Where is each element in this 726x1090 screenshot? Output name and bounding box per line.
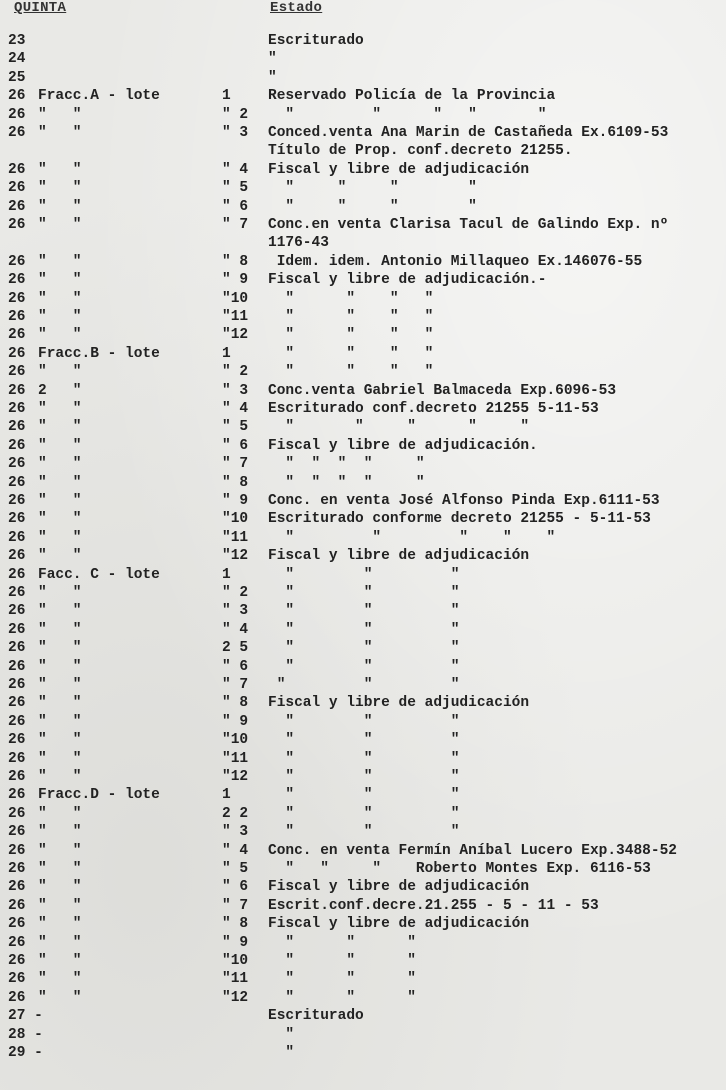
row-estado: " " ": [268, 934, 416, 952]
row-number: 26: [8, 418, 25, 436]
row-lote: "11: [222, 529, 248, 547]
table-row: 26" "" 6Fiscal y libre de adjudicación: [0, 878, 726, 896]
row-estado: Escriturado: [268, 32, 364, 50]
row-number: 23: [8, 32, 25, 50]
row-lote: " 9: [222, 713, 248, 731]
row-number: 26: [8, 547, 25, 565]
table-row: 26" "" 8 " " " " ": [0, 474, 726, 492]
row-lote: " 6: [222, 658, 248, 676]
table-row: 26" "2 2 " " ": [0, 805, 726, 823]
row-lote: " 6: [222, 437, 248, 455]
row-number: 26: [8, 676, 25, 694]
table-row: 26" "" 7Conc.en venta Clarisa Tacul de G…: [0, 216, 726, 234]
row-lote: " 7: [222, 897, 248, 915]
row-fraccion: Fracc.B - lote: [38, 345, 160, 363]
row-fraccion: " ": [38, 805, 82, 823]
row-fraccion: " ": [38, 179, 82, 197]
table-row: 26Facc. C - lote1 " " ": [0, 566, 726, 584]
row-fraccion: " ": [38, 842, 82, 860]
row-fraccion: " ": [38, 547, 82, 565]
row-number: 26: [8, 584, 25, 602]
row-lote: " 3: [222, 124, 248, 142]
table-row: 26" "" 2 " " " " ": [0, 106, 726, 124]
row-number: 26: [8, 253, 25, 271]
row-fraccion: " ": [38, 308, 82, 326]
row-number: 26: [8, 713, 25, 731]
row-estado: " " ": [268, 970, 416, 988]
table-row: Título de Prop. conf.decreto 21255.: [0, 142, 726, 160]
table-row: 26" "" 7 " " ": [0, 676, 726, 694]
row-fraccion: " ": [38, 713, 82, 731]
row-number: 26: [8, 694, 25, 712]
row-estado: Escriturado conforme decreto 21255 - 5-1…: [268, 510, 651, 528]
row-lote: 1: [222, 566, 231, 584]
row-estado: " " ": [268, 602, 459, 620]
row-fraccion: " ": [38, 124, 82, 142]
row-estado: Fiscal y libre de adjudicación: [268, 694, 529, 712]
table-row: 26" "" 5 " " " ": [0, 179, 726, 197]
row-estado: Conced.venta Ana Marin de Castañeda Ex.6…: [268, 124, 668, 142]
row-number: 26: [8, 308, 25, 326]
row-estado: Fiscal y libre de adjudicación: [268, 915, 529, 933]
table-row: 26" "" 4Conc. en venta Fermín Aníbal Luc…: [0, 842, 726, 860]
table-row: 26" ""10Escriturado conforme decreto 212…: [0, 510, 726, 528]
table-row: 26" ""11 " " ": [0, 750, 726, 768]
row-number: 26: [8, 161, 25, 179]
row-fraccion: " ": [38, 198, 82, 216]
table-row: 26" "" 2 " " ": [0, 584, 726, 602]
row-number: 27 -: [8, 1007, 43, 1025]
row-number: 26: [8, 474, 25, 492]
row-lote: " 7: [222, 676, 248, 694]
row-estado: Escriturado: [268, 1007, 364, 1025]
row-estado: " " ": [268, 805, 459, 823]
row-fraccion: " ": [38, 658, 82, 676]
table-row: 26" "" 6Fiscal y libre de adjudicación.: [0, 437, 726, 455]
row-number: 26: [8, 382, 25, 400]
table-row: 26" "" 4Fiscal y libre de adjudicación: [0, 161, 726, 179]
table-row: 26" ""10 " " ": [0, 731, 726, 749]
row-fraccion: 2 ": [38, 382, 82, 400]
table-row: 26" "" 5 " " " Roberto Montes Exp. 6116-…: [0, 860, 726, 878]
row-lote: 2 5: [222, 639, 248, 657]
table-row: 26" ""12 " " ": [0, 989, 726, 1007]
row-number: 26: [8, 897, 25, 915]
row-number: 26: [8, 989, 25, 1007]
row-fraccion: Fracc.A - lote: [38, 87, 160, 105]
row-lote: " 7: [222, 455, 248, 473]
row-number: 26: [8, 290, 25, 308]
table-row: 24": [0, 50, 726, 68]
row-lote: "12: [222, 547, 248, 565]
table-row: 29 - ": [0, 1044, 726, 1062]
row-fraccion: " ": [38, 216, 82, 234]
row-estado: " " ": [268, 823, 459, 841]
row-number: 28 -: [8, 1026, 43, 1044]
row-lote: "11: [222, 970, 248, 988]
table-row: 26" "" 4Escriturado conf.decreto 21255 5…: [0, 400, 726, 418]
row-estado: Escriturado conf.decreto 21255 5-11-53: [268, 400, 599, 418]
column-header-estado: Estado: [270, 0, 322, 16]
row-number: 26: [8, 326, 25, 344]
row-estado: " " ": [268, 584, 459, 602]
row-estado: " " " " ": [268, 455, 425, 473]
table-row: 26" "" 5 " " " " ": [0, 418, 726, 436]
row-estado: " " " ": [268, 179, 477, 197]
row-fraccion: " ": [38, 768, 82, 786]
row-fraccion: " ": [38, 492, 82, 510]
row-fraccion: " ": [38, 731, 82, 749]
row-estado: " " " ": [268, 198, 477, 216]
row-fraccion: " ": [38, 915, 82, 933]
row-estado: " " ": [268, 768, 459, 786]
row-fraccion: " ": [38, 694, 82, 712]
row-lote: " 8: [222, 694, 248, 712]
row-number: 26: [8, 768, 25, 786]
row-lote: " 2: [222, 584, 248, 602]
row-number: 26: [8, 345, 25, 363]
table-row: 26" "" 2 " " " ": [0, 363, 726, 381]
row-lote: " 4: [222, 400, 248, 418]
row-estado: " " ": [268, 621, 459, 639]
row-lote: " 6: [222, 198, 248, 216]
row-fraccion: Facc. C - lote: [38, 566, 160, 584]
row-fraccion: " ": [38, 529, 82, 547]
row-estado: " " ": [268, 639, 459, 657]
row-fraccion: " ": [38, 474, 82, 492]
row-lote: " 2: [222, 106, 248, 124]
table-row: 26" "" 4 " " ": [0, 621, 726, 639]
row-fraccion: " ": [38, 676, 82, 694]
row-number: 26: [8, 658, 25, 676]
table-row: 26" "" 9Fiscal y libre de adjudicación.-: [0, 271, 726, 289]
table-row: 25": [0, 69, 726, 87]
column-header-quinta: QUINTA: [14, 0, 66, 16]
row-estado: " " ": [268, 676, 459, 694]
row-lote: "11: [222, 308, 248, 326]
row-estado: " " ": [268, 658, 459, 676]
table-row: 27 -Escriturado: [0, 1007, 726, 1025]
row-lote: " 4: [222, 842, 248, 860]
row-lote: " 8: [222, 474, 248, 492]
row-estado: Idem. idem. Antonio Millaqueo Ex.146076-…: [268, 253, 642, 271]
row-number: 24: [8, 50, 25, 68]
row-number: 26: [8, 860, 25, 878]
row-lote: " 9: [222, 934, 248, 952]
row-number: 29 -: [8, 1044, 43, 1062]
row-number: 26: [8, 179, 25, 197]
row-lote: "12: [222, 989, 248, 1007]
row-number: 25: [8, 69, 25, 87]
row-fraccion: " ": [38, 271, 82, 289]
table-row: 26" "" 8Fiscal y libre de adjudicación: [0, 915, 726, 933]
row-estado: " " ": [268, 750, 459, 768]
table-row: 26" "" 6 " " ": [0, 658, 726, 676]
row-lote: " 5: [222, 418, 248, 436]
row-estado: " " " " ": [268, 474, 425, 492]
table-row: 23Escriturado: [0, 32, 726, 50]
row-lote: " 2: [222, 363, 248, 381]
row-number: 26: [8, 970, 25, 988]
row-fraccion: " ": [38, 639, 82, 657]
row-fraccion: " ": [38, 897, 82, 915]
row-fraccion: Fracc.D - lote: [38, 786, 160, 804]
row-lote: 2 2: [222, 805, 248, 823]
row-number: 26: [8, 492, 25, 510]
table-row: 26" "" 9Conc. en venta José Alfonso Pind…: [0, 492, 726, 510]
row-number: 26: [8, 216, 25, 234]
row-number: 26: [8, 271, 25, 289]
table-row: 1176-43: [0, 234, 726, 252]
row-number: 26: [8, 750, 25, 768]
row-estado: " " " " ": [268, 106, 546, 124]
row-estado: " " " " ": [268, 529, 555, 547]
row-number: 26: [8, 529, 25, 547]
table-row: 26" "" 8Fiscal y libre de adjudicación: [0, 694, 726, 712]
table-row: 26" "" 8 Idem. idem. Antonio Millaqueo E…: [0, 253, 726, 271]
table-row: 26" "" 7 " " " " ": [0, 455, 726, 473]
row-estado: Fiscal y libre de adjudicación.-: [268, 271, 546, 289]
table-row: 26" ""11 " " " ": [0, 308, 726, 326]
row-number: 26: [8, 786, 25, 804]
row-fraccion: " ": [38, 437, 82, 455]
row-estado: " " ": [268, 952, 416, 970]
row-estado: Fiscal y libre de adjudicación: [268, 161, 529, 179]
row-estado: Escrit.conf.decre.21.255 - 5 - 11 - 53: [268, 897, 599, 915]
row-estado: 1176-43: [268, 234, 329, 252]
table-row: 26" ""11 " " ": [0, 970, 726, 988]
table-row: 26" "" 3 " " ": [0, 823, 726, 841]
row-fraccion: " ": [38, 400, 82, 418]
row-estado: Título de Prop. conf.decreto 21255.: [268, 142, 573, 160]
row-fraccion: " ": [38, 970, 82, 988]
row-lote: " 8: [222, 253, 248, 271]
row-estado: Conc. en venta Fermín Aníbal Lucero Exp.…: [268, 842, 677, 860]
row-estado: Reservado Policía de la Provincia: [268, 87, 555, 105]
row-lote: " 8: [222, 915, 248, 933]
row-number: 26: [8, 87, 25, 105]
row-lote: " 6: [222, 878, 248, 896]
row-estado: Fiscal y libre de adjudicación: [268, 878, 529, 896]
row-estado: " " " ": [268, 308, 433, 326]
row-number: 26: [8, 915, 25, 933]
row-estado: " " " ": [268, 345, 433, 363]
row-fraccion: " ": [38, 621, 82, 639]
table-row: 26" ""12Fiscal y libre de adjudicación: [0, 547, 726, 565]
row-fraccion: " ": [38, 860, 82, 878]
row-lote: " 9: [222, 271, 248, 289]
row-lote: " 5: [222, 179, 248, 197]
row-fraccion: " ": [38, 952, 82, 970]
row-estado: ": [268, 69, 277, 87]
row-number: 26: [8, 823, 25, 841]
row-estado: Fiscal y libre de adjudicación.: [268, 437, 538, 455]
row-number: 26: [8, 437, 25, 455]
row-estado: " " ": [268, 713, 459, 731]
row-number: 26: [8, 400, 25, 418]
row-lote: " 4: [222, 161, 248, 179]
row-lote: "10: [222, 731, 248, 749]
table-row: 26" ""10 " " " ": [0, 290, 726, 308]
row-fraccion: " ": [38, 878, 82, 896]
row-estado: ": [268, 1026, 294, 1044]
row-fraccion: " ": [38, 989, 82, 1007]
row-fraccion: " ": [38, 161, 82, 179]
row-lote: 1: [222, 345, 231, 363]
row-number: 26: [8, 510, 25, 528]
row-estado: " " ": [268, 731, 459, 749]
row-lote: 1: [222, 87, 231, 105]
row-number: 26: [8, 106, 25, 124]
row-number: 26: [8, 878, 25, 896]
row-fraccion: " ": [38, 750, 82, 768]
row-lote: "10: [222, 290, 248, 308]
table-row: 26" ""10 " " ": [0, 952, 726, 970]
row-lote: "10: [222, 952, 248, 970]
row-fraccion: " ": [38, 290, 82, 308]
row-lote: " 4: [222, 621, 248, 639]
table-row: 26" "" 9 " " ": [0, 934, 726, 952]
row-estado: " " " ": [268, 326, 433, 344]
row-estado: ": [268, 50, 277, 68]
row-estado: ": [268, 1044, 294, 1062]
row-number: 26: [8, 952, 25, 970]
row-number: 26: [8, 602, 25, 620]
table-row: 26" "" 9 " " ": [0, 713, 726, 731]
row-estado: Conc. en venta José Alfonso Pinda Exp.61…: [268, 492, 660, 510]
table-row: 26" ""11 " " " " ": [0, 529, 726, 547]
row-number: 26: [8, 805, 25, 823]
row-estado: Conc.en venta Clarisa Tacul de Galindo E…: [268, 216, 668, 234]
table-row: 26" ""12 " " " ": [0, 326, 726, 344]
row-lote: " 9: [222, 492, 248, 510]
table-row: 26Fracc.A - lote1Reservado Policía de la…: [0, 87, 726, 105]
table-row: 26" "2 5 " " ": [0, 639, 726, 657]
row-fraccion: " ": [38, 455, 82, 473]
row-number: 26: [8, 842, 25, 860]
row-fraccion: " ": [38, 326, 82, 344]
row-number: 26: [8, 566, 25, 584]
row-fraccion: " ": [38, 253, 82, 271]
row-estado: " " ": [268, 989, 416, 1007]
row-fraccion: " ": [38, 602, 82, 620]
table-row: 26" "" 6 " " " ": [0, 198, 726, 216]
row-number: 26: [8, 621, 25, 639]
row-lote: 1: [222, 786, 231, 804]
row-fraccion: " ": [38, 418, 82, 436]
row-number: 26: [8, 455, 25, 473]
row-number: 26: [8, 731, 25, 749]
row-estado: Fiscal y libre de adjudicación: [268, 547, 529, 565]
row-fraccion: " ": [38, 823, 82, 841]
row-estado: " " ": [268, 786, 459, 804]
row-number: 26: [8, 124, 25, 142]
row-number: 26: [8, 363, 25, 381]
table-row: 26" "" 3 " " ": [0, 602, 726, 620]
row-fraccion: " ": [38, 106, 82, 124]
row-lote: "10: [222, 510, 248, 528]
table-row: 26" ""12 " " ": [0, 768, 726, 786]
row-number: 26: [8, 934, 25, 952]
row-number: 26: [8, 198, 25, 216]
row-lote: " 7: [222, 216, 248, 234]
row-lote: "12: [222, 768, 248, 786]
row-lote: " 3: [222, 823, 248, 841]
row-lote: " 3: [222, 602, 248, 620]
row-fraccion: " ": [38, 363, 82, 381]
row-fraccion: " ": [38, 934, 82, 952]
table-row: 262 "" 3Conc.venta Gabriel Balmaceda Exp…: [0, 382, 726, 400]
table-row: 26Fracc.D - lote1 " " ": [0, 786, 726, 804]
row-fraccion: " ": [38, 510, 82, 528]
row-estado: " " " ": [268, 290, 433, 308]
row-lote: "11: [222, 750, 248, 768]
row-estado: " " " " ": [268, 418, 529, 436]
row-estado: Conc.venta Gabriel Balmaceda Exp.6096-53: [268, 382, 616, 400]
row-lote: "12: [222, 326, 248, 344]
row-estado: " " " Roberto Montes Exp. 6116-53: [268, 860, 651, 878]
table-row: 26" "" 7Escrit.conf.decre.21.255 - 5 - 1…: [0, 897, 726, 915]
table-row: 28 - ": [0, 1026, 726, 1044]
row-lote: " 3: [222, 382, 248, 400]
row-fraccion: " ": [38, 584, 82, 602]
row-estado: " " " ": [268, 363, 433, 381]
row-number: 26: [8, 639, 25, 657]
row-lote: " 5: [222, 860, 248, 878]
table-row: 26Fracc.B - lote1 " " " ": [0, 345, 726, 363]
row-estado: " " ": [268, 566, 459, 584]
table-row: 26" "" 3Conced.venta Ana Marin de Castañ…: [0, 124, 726, 142]
